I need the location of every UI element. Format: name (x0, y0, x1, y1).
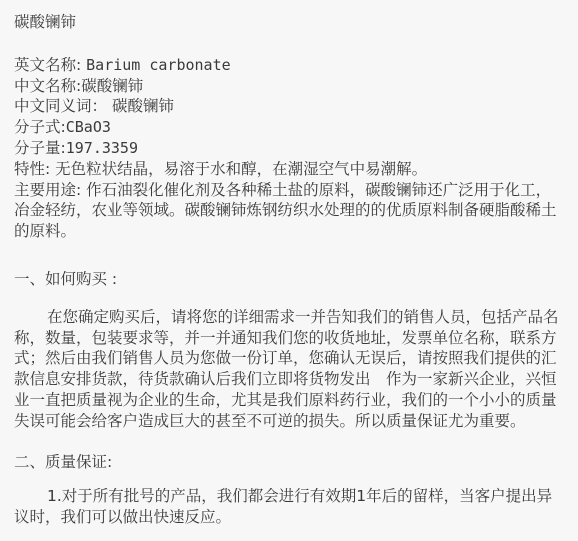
property-row-molecular-formula: 分子式:CBaO3 (14, 117, 564, 138)
property-value: Barium carbonate (86, 56, 231, 74)
property-value: 197.3359 (66, 139, 138, 157)
property-label: 分子量: (14, 139, 66, 157)
page-title: 碳酸镧铈 (14, 12, 564, 33)
paragraph-how-to-buy: 在您确定购买后，请将您的详细需求一并告知我们的销售人员，包括产品名称，数量，包装… (14, 307, 564, 432)
property-row-english-name: 英文名称: Barium carbonate (14, 55, 564, 76)
property-label: 中文名称: (14, 77, 81, 95)
property-value: 碳酸镧铈 (81, 77, 143, 95)
property-value: 作石油裂化催化剂及各种稀土盐的原料，碳酸镧铈还广泛用于化工，冶金轻纺，农业等领域… (14, 181, 557, 241)
section-heading-quality-guarantee: 二、质量保证: (14, 452, 564, 473)
property-label: 特性: (14, 160, 55, 178)
property-value: 无色粒状结晶，易溶于水和醇，在潮湿空气中易潮解。 (55, 160, 427, 178)
product-document-page: 碳酸镧铈 英文名称: Barium carbonate 中文名称:碳酸镧铈 中文… (0, 0, 578, 541)
property-row-molecular-weight: 分子量:197.3359 (14, 138, 564, 159)
property-value: 碳酸镧铈 (112, 97, 174, 115)
property-row-chinese-name: 中文名称:碳酸镧铈 (14, 76, 564, 97)
property-label: 英文名称: (14, 56, 86, 74)
property-row-characteristics: 特性: 无色粒状结晶，易溶于水和醇，在潮湿空气中易潮解。 (14, 159, 564, 180)
paragraph-quality-guarantee: 1.对于所有批号的产品，我们都会进行有效期1年后的留样，当客户提出异议时，我们可… (14, 486, 564, 528)
property-row-chinese-synonym: 中文同义词： 碳酸镧铈 (14, 96, 564, 117)
property-value: CBaO3 (66, 118, 111, 136)
section-heading-how-to-buy: 一、如何购买 : (14, 269, 564, 290)
product-properties: 英文名称: Barium carbonate 中文名称:碳酸镧铈 中文同义词： … (14, 55, 564, 242)
property-label: 分子式: (14, 118, 66, 136)
property-row-main-uses: 主要用途: 作石油裂化催化剂及各种稀土盐的原料，碳酸镧铈还广泛用于化工，冶金轻纺… (14, 180, 564, 242)
property-label: 中文同义词： (14, 97, 112, 115)
property-label: 主要用途: (14, 181, 86, 199)
